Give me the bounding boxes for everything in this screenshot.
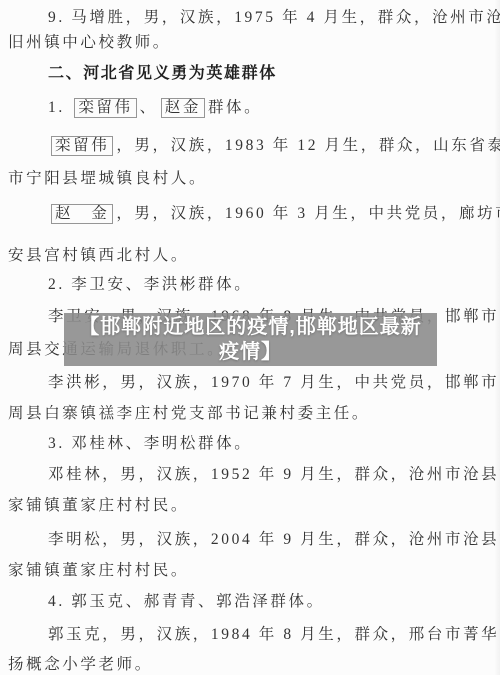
- doc-line: 家铺镇董家庄村村民。: [8, 559, 189, 582]
- caption-overlay: 【邯郸附近地区的疫情,邯郸地区最新 疫情】: [64, 313, 437, 366]
- doc-line: 扬概念小学老师。: [8, 653, 153, 675]
- caption-line-2: 疫情】: [64, 340, 437, 365]
- doc-line: 邓桂林，男，汉族，1952 年 9 月生，群众，沧州市沧县汪: [8, 463, 500, 486]
- text-segment: 、: [140, 99, 158, 116]
- text-segment: 4. 郭玉克、郝青青、郭浩泽群体。: [48, 593, 325, 610]
- text-segment: 1.: [48, 99, 71, 116]
- text-segment: 家铺镇董家庄村村民。: [8, 562, 189, 579]
- text-segment: ，男，汉族，1960 年 3 月生，中共党员，廊坊市固: [116, 205, 500, 222]
- document-page: 9. 马增胜，男，汉族，1975 年 4 月生，群众，沧州市沧县旧州镇中心校教师…: [0, 0, 500, 675]
- boxed-name: 赵金: [161, 98, 205, 118]
- text-segment: 3. 邓桂林、李明松群体。: [48, 435, 252, 452]
- text-segment: 扬概念小学老师。: [8, 656, 153, 673]
- doc-line: 4. 郭玉克、郝青青、郭浩泽群体。: [8, 590, 325, 613]
- scan-edge-shadow: [494, 0, 500, 675]
- doc-line: 安县宫村镇西北村人。: [8, 244, 189, 267]
- text-segment: 市宁阳县堽城镇良村人。: [8, 170, 207, 187]
- text-segment: 安县宫村镇西北村人。: [8, 247, 189, 264]
- section-heading: 二、河北省见义勇为英雄群体: [8, 62, 277, 85]
- doc-line: 1. 栾留伟、赵金群体。: [8, 96, 262, 119]
- doc-line: 郭玉克，男，汉族，1984 年 8 月生，群众，邢台市菁华浩: [8, 623, 500, 646]
- doc-line: 赵 金，男，汉族，1960 年 3 月生，中共党员，廊坊市固: [8, 202, 500, 225]
- doc-line: 家铺镇董家庄村村民。: [8, 494, 189, 517]
- text-segment: 群体。: [208, 99, 262, 116]
- caption-line-1: 【邯郸附近地区的疫情,邯郸地区最新: [64, 315, 437, 340]
- doc-line: 李洪彬，男，汉族，1970 年 7 月生，中共党员，邯郸市曲: [8, 371, 500, 394]
- doc-line: 2. 李卫安、李洪彬群体。: [8, 273, 252, 296]
- doc-line: 3. 邓桂林、李明松群体。: [8, 432, 252, 455]
- text-segment: 郭玉克，男，汉族，1984 年 8 月生，群众，邢台市菁华浩: [48, 626, 500, 643]
- doc-line: 9. 马增胜，男，汉族，1975 年 4 月生，群众，沧州市沧县: [8, 6, 500, 29]
- text-segment: 李洪彬，男，汉族，1970 年 7 月生，中共党员，邯郸市曲: [48, 374, 500, 391]
- doc-line: 李明松，男，汉族，2004 年 9 月生，群众，沧州市沧县汪: [8, 528, 500, 551]
- text-segment: 9. 马增胜，男，汉族，1975 年 4 月生，群众，沧州市沧县: [48, 9, 500, 26]
- doc-line: 旧州镇中心校教师。: [8, 31, 171, 54]
- text-segment: 2. 李卫安、李洪彬群体。: [48, 276, 252, 293]
- text-segment: 周县白寨镇禚李庄村党支部书记兼村委主任。: [8, 405, 370, 422]
- text-segment: 邓桂林，男，汉族，1952 年 9 月生，群众，沧州市沧县汪: [48, 466, 500, 483]
- text-segment: 家铺镇董家庄村村民。: [8, 497, 189, 514]
- boxed-name: 赵 金: [51, 204, 113, 224]
- text-segment: 旧州镇中心校教师。: [8, 34, 171, 51]
- text-segment: ，男，汉族，1983 年 12 月生，群众，山东省泰安: [116, 137, 500, 154]
- text-segment: 李明松，男，汉族，2004 年 9 月生，群众，沧州市沧县汪: [48, 531, 500, 548]
- text-segment: 二、河北省见义勇为英雄群体: [48, 65, 277, 82]
- doc-line: 市宁阳县堽城镇良村人。: [8, 167, 207, 190]
- boxed-name: 栾留伟: [51, 136, 113, 156]
- doc-line: 栾留伟，男，汉族，1983 年 12 月生，群众，山东省泰安: [8, 134, 500, 157]
- doc-line: 周县白寨镇禚李庄村党支部书记兼村委主任。: [8, 402, 370, 425]
- boxed-name: 栾留伟: [74, 98, 136, 118]
